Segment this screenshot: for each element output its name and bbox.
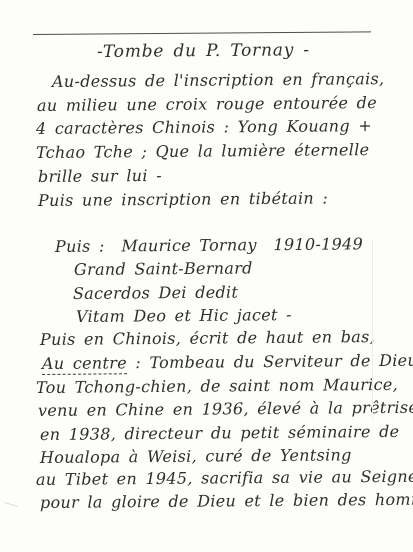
handwritten-line: Puis en Chinois, écrit de haut en bas, [40, 329, 375, 348]
handwritten-line: Houalopa à Weisi, curé de Yentsing [40, 447, 352, 466]
handwritten-line: au milieu une croix rouge entourée de [37, 95, 377, 114]
handwritten-line: au Tibet en 1945, sacrifia sa vie au Sei… [36, 469, 413, 488]
handwritten-line: Tou Tchong-chien, de saint nom Maurice, [36, 377, 398, 396]
handwritten-line-au-centre: Au centre : Tombeau du Serviteur de Dieu [42, 353, 413, 372]
scan-edge-artifact [372, 240, 373, 420]
page-title: -Tombe du P. Tornay - [97, 42, 310, 61]
handwritten-line: Tchao Tche ; Que la lumière éternelle [36, 142, 370, 161]
manuscript-page: -Tombe du P. Tornay - Au-dessus de l'ins… [0, 0, 413, 552]
handwritten-line: Grand Saint-Bernard [74, 260, 253, 278]
handwritten-line: Puis : Maurice Tornay 1910-1949 [55, 236, 363, 255]
handwritten-line: brille sur lui - [38, 168, 162, 185]
handwritten-line: venu en Chine en 1936, élevé à la prêtri… [38, 400, 413, 419]
handwritten-line: Vitam Deo et Hic jacet - [76, 307, 292, 325]
handwritten-line: en 1938, directeur du petit séminaire de [40, 424, 400, 443]
handwritten-line: pour la gloire de Dieu et le bien des ho… [40, 491, 413, 511]
page-top-edge-line [33, 31, 371, 35]
scan-scratch-artifact [4, 502, 18, 507]
handwritten-line: Au-dessus de l'inscription en français, [52, 71, 385, 90]
handwritten-line: Puis une inscription en tibétain : [38, 190, 328, 209]
au-centre-rest-text: : Tombeau du Serviteur de Dieu [127, 351, 413, 373]
handwritten-line: Sacerdos Dei dedit [73, 285, 238, 302]
au-centre-underlined-text: Au centre [42, 353, 127, 375]
handwritten-line: 4 caractères Chinois : Yong Kouang + [36, 118, 372, 137]
